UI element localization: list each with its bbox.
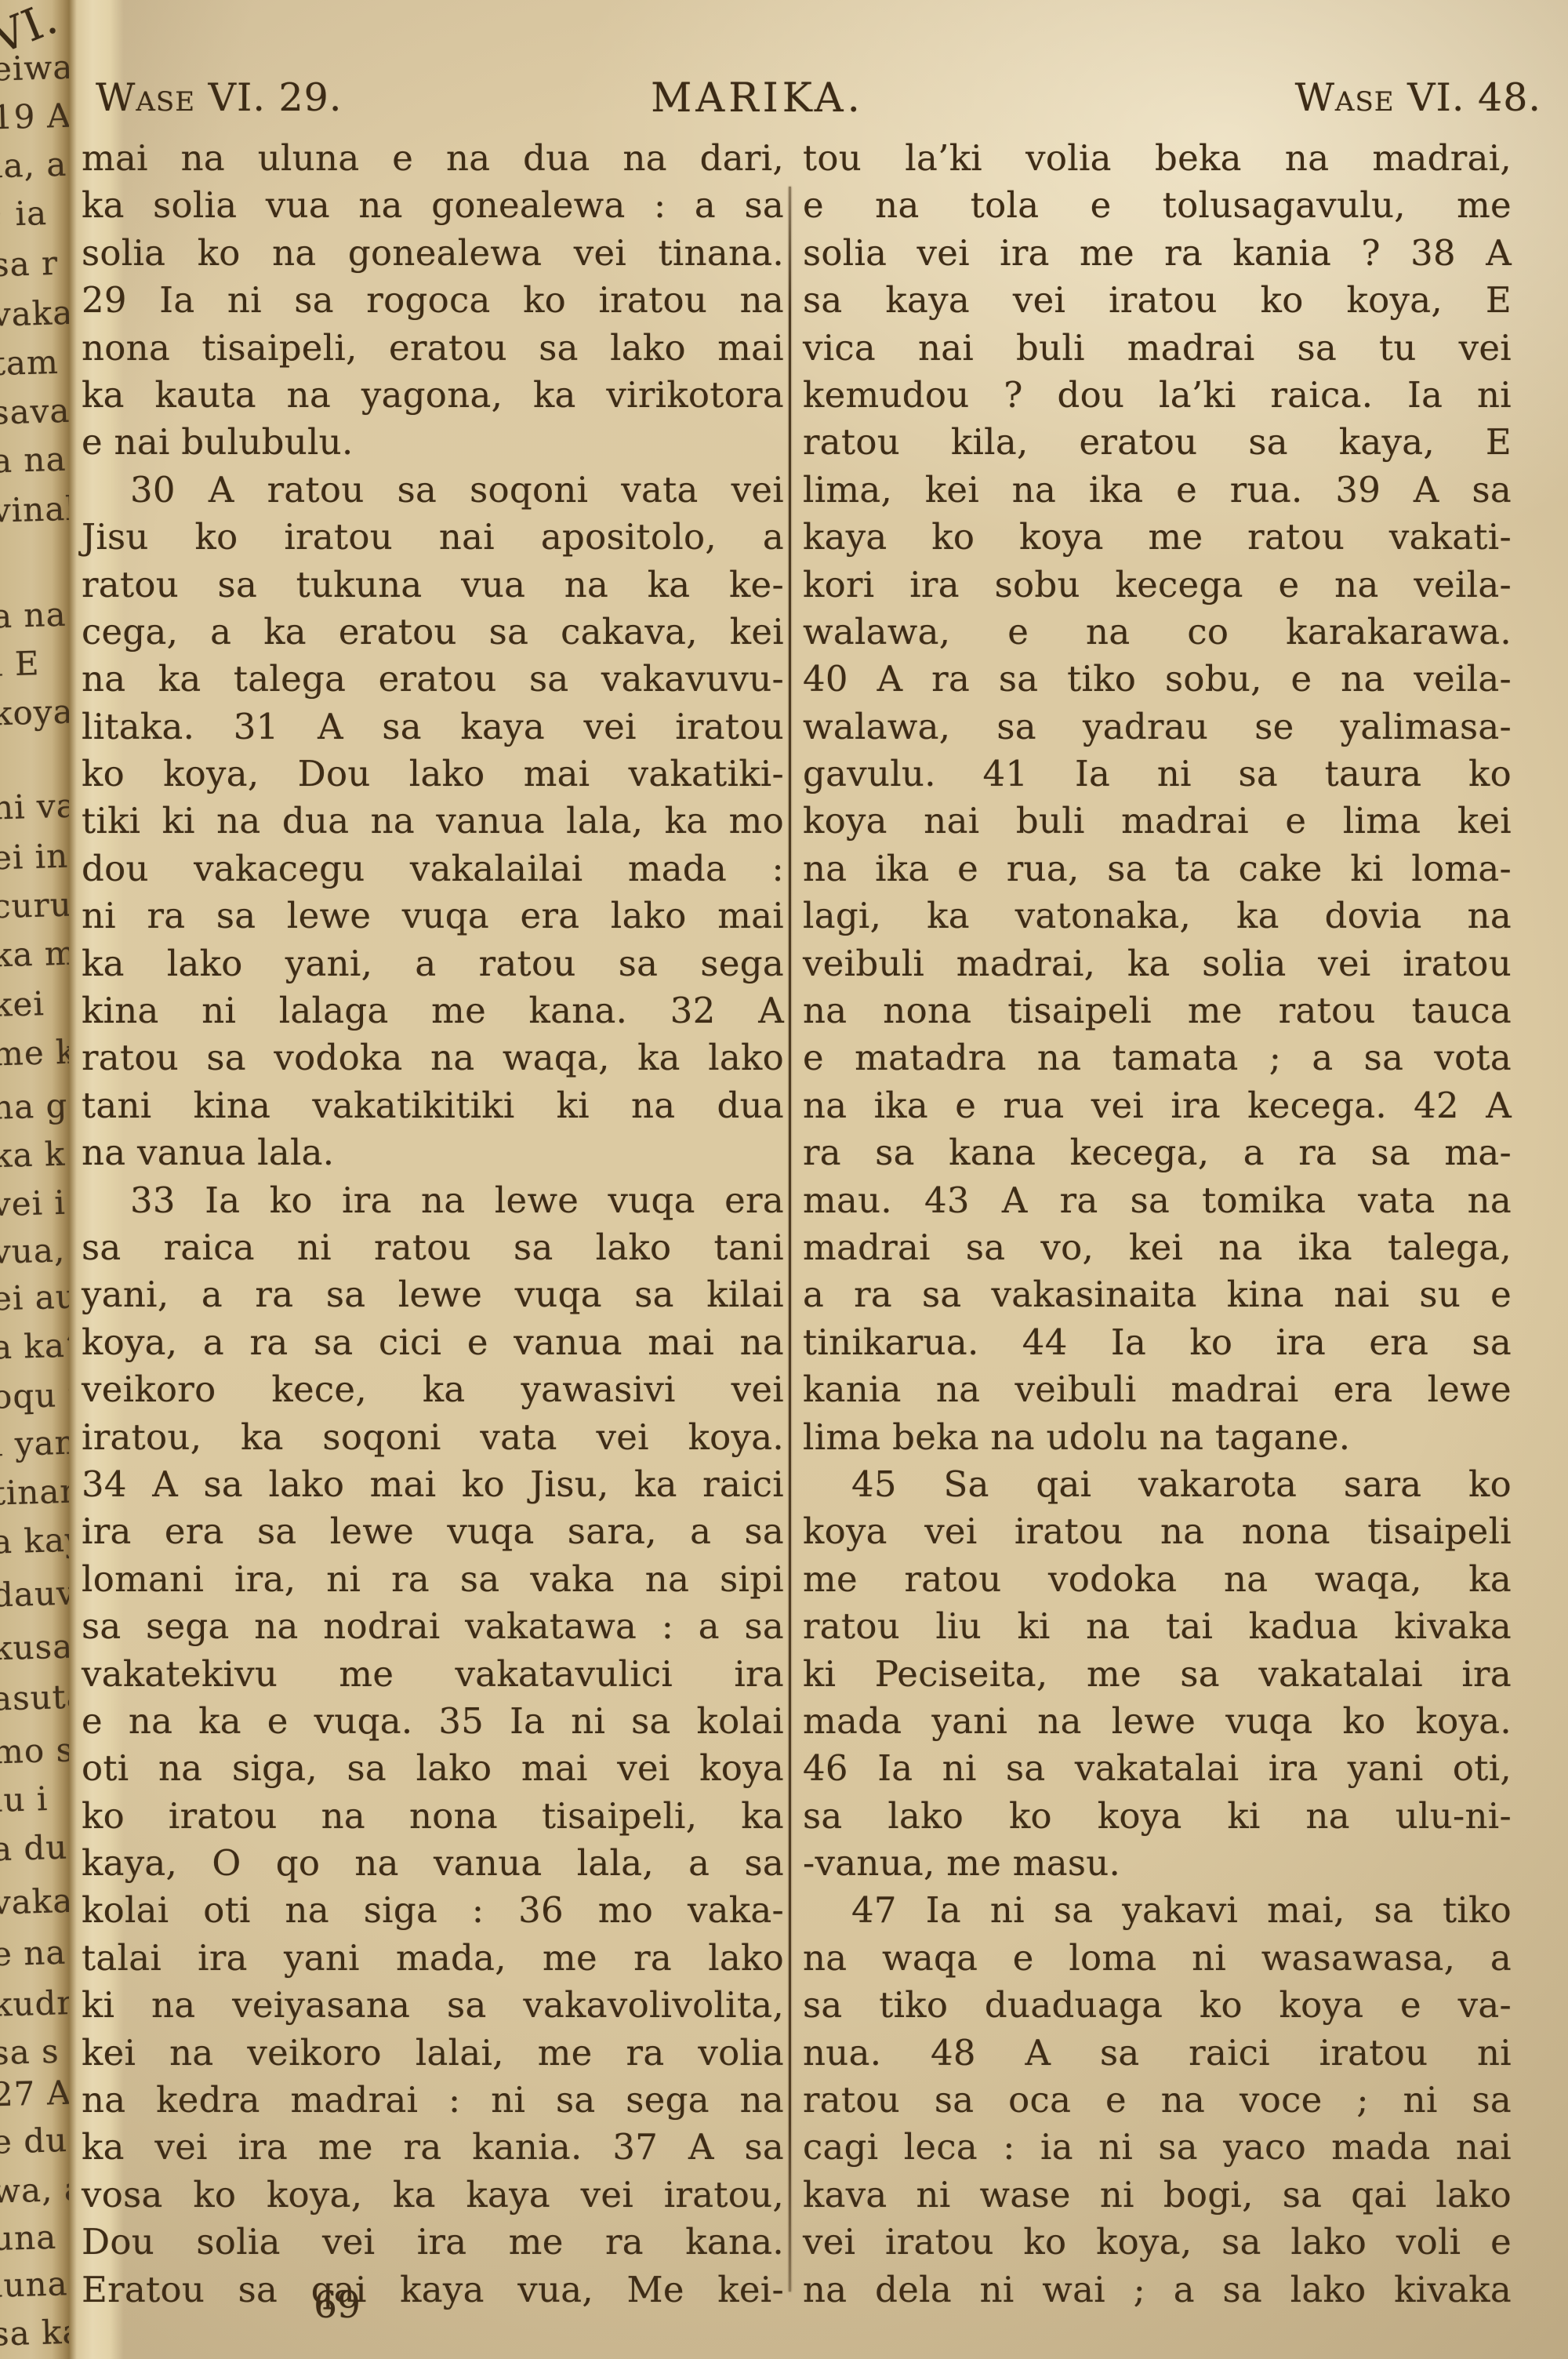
text-line: na waqa e loma ni wasawasa, a [803, 1935, 1512, 1982]
text-line: vakatekivu me vakatavulici ira [82, 1651, 784, 1698]
text-line: vica nai buli madrai sa tu vei [803, 325, 1512, 372]
text-line: kori ira sobu kecega e na veila- [803, 562, 1512, 609]
text-line: ki Peciseita, me sa vakatalai ira [803, 1651, 1512, 1698]
gutter-text-fragment: lu i [0, 1779, 49, 1819]
text-line: dou vakacegu vakalailai mada : [82, 845, 784, 892]
running-head-title: MARIKA. [0, 75, 1515, 122]
text-line: veibuli madrai, ka solia vei iratou [803, 940, 1512, 987]
text-line: nua. 48 A sa raici iratou ni [803, 2030, 1512, 2077]
gutter-text-fragment: a na [0, 595, 67, 636]
text-line: ki na veiyasana sa vakavolivolita, [82, 1982, 784, 2029]
text-line: mai na uluna e na dua na dari, [82, 135, 784, 182]
text-line: a ra sa vakasinaita kina nai su e [803, 1271, 1512, 1318]
text-line: 45 Sa qai vakarota sara ko [803, 1461, 1512, 1508]
gutter-text-fragment: 27 A [0, 2074, 69, 2114]
gutter-text-fragment: sa s [0, 2032, 60, 2072]
text-line: Eratou sa qai kaya vua, Me kei- [82, 2266, 784, 2314]
text-line: gavulu. 41 Ia ni sa taura ko [803, 751, 1512, 798]
text-line: cega, a ka eratou sa cakava, kei [82, 609, 784, 656]
gutter-text-fragment: oqu n [0, 1375, 69, 1416]
gutter-text-fragment: vua, A [0, 1230, 69, 1271]
text-line: kaya ko koya me ratou vakati- [803, 514, 1512, 561]
text-line: oti na siga, sa lako mai vei koya [82, 1745, 784, 1792]
text-line: tinikarua. 44 Ia ko ira era sa [803, 1319, 1512, 1366]
text-line: 29 Ia ni sa rogoca ko iratou na [82, 277, 784, 324]
text-line: ratou sa oca e na voce ; ni sa [803, 2077, 1512, 2124]
text-line: kei na veikoro lalai, me ra volia [82, 2030, 784, 2077]
text-line: vosa ko koya, ka kaya vei iratou, [82, 2172, 784, 2219]
running-head-right: Wase VI. 48. [1295, 75, 1541, 122]
text-line: walawa, e na co karakarawa. [803, 609, 1512, 656]
facing-page-text-fragments: VI.eiwat19 Aia, a; iasa rvakaltamsava;a … [0, 0, 69, 2359]
text-line: nona tisaipeli, eratou sa lako mai [82, 325, 784, 372]
text-line: lima, kei na ika e rua. 39 A sa [803, 467, 1512, 514]
text-line: koya vei iratou na nona tisaipeli [803, 1508, 1512, 1555]
text-line: cagi leca : ia ni sa yaco mada nai [803, 2124, 1512, 2171]
text-line: kava ni wase ni bogi, sa qai lako [803, 2172, 1512, 2219]
text-line: kemudou ? dou la’ki raica. Ia ni [803, 372, 1512, 419]
text-line: tiki ki na dua na vanua lala, ka mo [82, 798, 784, 845]
text-line: 34 A sa lako mai ko Jisu, ka raici [82, 1461, 784, 1508]
gutter-text-fragment: me k [0, 1033, 69, 1074]
text-line: Dou solia vei ira me ra kana. [82, 2219, 784, 2266]
text-line: 47 Ia ni sa yakavi mai, sa tiko [803, 1887, 1512, 1934]
text-line: 46 Ia ni sa vakatalai ira yani oti, [803, 1745, 1512, 1792]
text-line: ratou kila, eratou sa kaya, E [803, 419, 1512, 466]
gutter-text-fragment: a du [0, 1828, 68, 1869]
text-line: sa tiko duaduaga ko koya e va- [803, 1982, 1512, 2029]
text-line: Jisu ko iratou nai apositolo, a [82, 514, 784, 561]
text-line: kolai oti na siga : 36 mo vaka- [82, 1887, 784, 1934]
text-line: talai ira yani mada, me ra lako [82, 1935, 784, 1982]
text-line: sa lako ko koya ki na ulu-ni- [803, 1793, 1512, 1840]
text-line: tou la’ki volia beka na madrai, [803, 135, 1512, 182]
text-line: ratou sa tukuna vua na ka ke- [82, 562, 784, 609]
right-text-column: tou la’ki volia beka na madrai,e na tola… [803, 135, 1512, 2314]
text-line: lima beka na udolu na tagane. [803, 1414, 1512, 1461]
gutter-text-fragment: ia, a [0, 145, 67, 186]
text-line: kaya, O qo na vanua lala, a sa [82, 1840, 784, 1887]
gutter-text-fragment: kei [0, 984, 45, 1024]
gutter-text-fragment: i yan [0, 1423, 69, 1464]
text-line: me ratou vodoka na waqa, ka [803, 1556, 1512, 1603]
gutter-text-fragment: vei i [0, 1183, 66, 1224]
gutter-text-fragment: luna e [0, 2263, 69, 2305]
text-line: na ka talega eratou sa vakavuvu- [82, 656, 784, 703]
text-line: 33 Ia ko ira na lewe vuqa era [82, 1177, 784, 1224]
text-line: ka kauta na yagona, ka virikotora [82, 372, 784, 419]
gutter-text-fragment: ka k [0, 1135, 66, 1176]
text-line: lomani ira, ni ra sa vaka na sipi [82, 1556, 784, 1603]
text-line: 40 A ra sa tiko sobu, e na veila- [803, 656, 1512, 703]
gutter-text-fragment: wa, a [0, 2169, 69, 2210]
text-line: na nona tisaipeli me ratou tauca [803, 987, 1512, 1034]
text-line: na kedra madrai : ni sa sega na [82, 2077, 784, 2124]
text-line: ka lako yani, a ratou sa sega [82, 940, 784, 987]
text-line: ka solia vua na gonealewa : a sa [82, 182, 784, 229]
text-line: sa kaya vei iratou ko koya, E [803, 277, 1512, 324]
gutter-text-fragment: vinak [0, 489, 69, 529]
scanned-book-page: { "page": { "header": { "left": "Wase VI… [0, 0, 1568, 2359]
gutter-text-fragment: tam [0, 343, 59, 383]
gutter-text-fragment: ka m [0, 934, 69, 975]
text-line: ni ra sa lewe vuqa era lako mai [82, 892, 784, 940]
text-line: veikoro kece, ka yawasivi vei [82, 1366, 784, 1413]
text-line: vei iratou ko koya, sa lako voli e [803, 2219, 1512, 2266]
gutter-text-fragment: sa r [0, 244, 59, 284]
text-line: -vanua, me masu. [803, 1840, 1512, 1887]
text-line: mada yani na lewe vuqa ko koya. [803, 1698, 1512, 1745]
text-line: madrai sa vo, kei na ika talega, [803, 1224, 1512, 1271]
text-line: koya, a ra sa cici e vanua mai na [82, 1319, 784, 1366]
gutter-text-fragment: vakal [0, 1881, 69, 1921]
text-line: e na ka e vuqa. 35 Ia ni sa kolai [82, 1698, 784, 1745]
text-line: litaka. 31 A sa kaya vei iratou [82, 703, 784, 751]
text-line: koya nai buli madrai e lima kei [803, 798, 1512, 845]
text-line: iratou, ka soqoni vata vei koya. [82, 1414, 784, 1461]
text-line: kania na veibuli madrai era lewe [803, 1366, 1512, 1413]
text-line: ratou sa vodoka na waqa, ka lako [82, 1034, 784, 1081]
text-line: ko koya, Dou lako mai vakatiki- [82, 751, 784, 798]
gutter-text-fragment: ei in [0, 837, 69, 878]
text-line: kina ni lalaga me kana. 32 A [82, 987, 784, 1034]
text-line: sa raica ni ratou sa lako tani [82, 1224, 784, 1271]
gutter-text-fragment: a kay [0, 1520, 69, 1561]
gutter-text-fragment: a ka’ [0, 1326, 69, 1367]
text-line: tani kina vakatikitiki ki na dua [82, 1082, 784, 1129]
column-divider-rule [789, 187, 791, 2292]
text-line: solia ko na gonealewa vei tinana. [82, 230, 784, 277]
gutter-text-fragment: mo s [0, 1731, 69, 1772]
text-line: ratou liu ki na tai kadua kivaka [803, 1603, 1512, 1650]
gutter-text-fragment: curu [0, 885, 69, 926]
page-number: 69 [259, 2284, 416, 2327]
text-line: lagi, ka vatonaka, ka dovia na [803, 892, 1512, 940]
text-line: ra sa kana kecega, a ra sa ma- [803, 1129, 1512, 1176]
text-line: solia vei ira me ra kania ? 38 A [803, 230, 1512, 277]
gutter-text-fragment: vakal [0, 293, 69, 333]
text-line: yani, a ra sa lewe vuqa sa kilai [82, 1271, 784, 1318]
gutter-text-fragment: una : a [0, 2216, 69, 2258]
text-line: na ika e rua, sa ta cake ki loma- [803, 845, 1512, 892]
gutter-text-fragment: koya [0, 692, 69, 733]
text-line: na vanua lala. [82, 1129, 784, 1176]
text-line: e na tola e tolusagavulu, me [803, 182, 1512, 229]
text-line: ira era sa lewe vuqa sara, a sa [82, 1508, 784, 1555]
gutter-text-fragment: ni va [0, 787, 69, 827]
gutter-text-fragment: kusa [0, 1627, 69, 1668]
gutter-text-fragment: sava; [0, 391, 69, 431]
gutter-text-fragment: sa ka [0, 2312, 69, 2353]
gutter-text-fragment: ei au [0, 1277, 69, 1318]
gutter-text-fragment: a na [0, 440, 67, 481]
gutter-text-fragment: dauv [0, 1574, 69, 1615]
gutter-text-fragment: i E [0, 644, 40, 684]
text-line: na dela ni wai ; a sa lako kivaka [803, 2266, 1512, 2314]
gutter-text-fragment: na go [0, 1085, 69, 1126]
left-text-column: mai na uluna e na dua na dari,ka solia v… [82, 135, 784, 2314]
gutter-text-fragment: e na [0, 1933, 67, 1974]
text-line: ko iratou na nona tisaipeli, ka [82, 1793, 784, 1840]
text-line: walawa, sa yadrau se yalimasa- [803, 703, 1512, 751]
text-line: e nai bulubulu. [82, 419, 784, 466]
gutter-text-fragment: kudra [0, 1983, 69, 2024]
text-line: na ika e rua vei ira kecega. 42 A [803, 1082, 1512, 1129]
text-line: sa sega na nodrai vakatawa : a sa [82, 1603, 784, 1650]
text-line: mau. 43 A ra sa tomika vata na [803, 1177, 1512, 1224]
gutter-text-fragment: asuta [0, 1677, 69, 1717]
text-line: 30 A ratou sa soqoni vata vei [82, 467, 784, 514]
text-line: ka vei ira me ra kania. 37 A sa [82, 2124, 784, 2171]
gutter-text-fragment: ; ia [0, 194, 48, 234]
gutter-text-fragment: e dua [0, 2120, 69, 2161]
text-line: e matadra na tamata ; a sa vota [803, 1034, 1512, 1081]
gutter-text-fragment: tinan [0, 1471, 69, 1512]
